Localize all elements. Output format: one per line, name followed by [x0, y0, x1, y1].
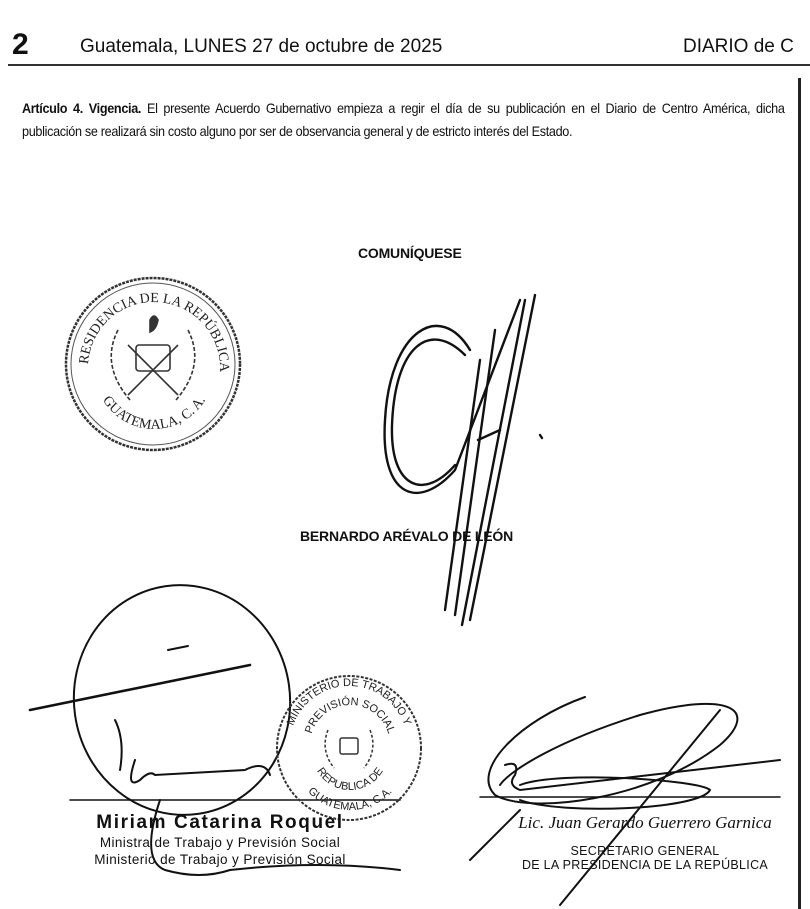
coat-of-arms-icon [325, 730, 373, 768]
ministry-seal-bottom-inner-text: REPUBLICA DE [314, 766, 385, 793]
presidency-seal-bottom-text: GUATEMALA, C. A. [99, 393, 209, 433]
page-header: 2 Guatemala, LUNES 27 de octubre de 2025… [0, 0, 810, 68]
header-rule [8, 64, 810, 66]
minister-title: Ministra de Trabajo y Previsión Social [50, 834, 390, 851]
article-4: Artículo 4. Vigencia. El presente Acuerd… [22, 97, 785, 143]
dateline: Guatemala, LUNES 27 de octubre de 2025 [80, 37, 442, 57]
president-signature [385, 295, 542, 625]
secretary-signature-block: Lic. Juan Gerardo Guerrero Garnica SECRE… [480, 812, 810, 872]
secretary-signature [470, 697, 780, 905]
minister-name: Miriam Catarina Roquel [50, 812, 390, 834]
ministry-seal-bottom-outer-text: GUATEMALA, C.A. [306, 785, 395, 813]
page-number: 2 [12, 30, 29, 60]
ministry-seal: MINISTERIO DE TRABAJO Y PREVISIÓN SOCIAL… [277, 676, 421, 820]
masthead: DIARIO de C [683, 37, 794, 57]
minister-ministry: Ministerio de Trabajo y Previsión Social [50, 851, 390, 868]
coat-of-arms-icon [111, 316, 195, 400]
ministry-seal-inner-text: PREVISIÓN SOCIAL [303, 695, 397, 735]
closing-word: COMUNÍQUESE [358, 245, 462, 261]
secretary-title-line1: SECRETARIO GENERAL [480, 844, 810, 858]
minister-signature-block: Miriam Catarina Roquel Ministra de Traba… [50, 812, 390, 868]
column-rule [798, 78, 801, 909]
ministry-seal-outer-text: MINISTERIO DE TRABAJO Y [285, 677, 414, 728]
secretary-title-line2: DE LA PRESIDENCIA DE LA REPÚBLICA [480, 858, 810, 872]
article-heading: Artículo 4. Vigencia. [22, 101, 141, 116]
president-name: BERNARDO ARÉVALO DE LEÓN [300, 528, 513, 544]
secretary-name: Lic. Juan Gerardo Guerrero Garnica [480, 812, 810, 834]
